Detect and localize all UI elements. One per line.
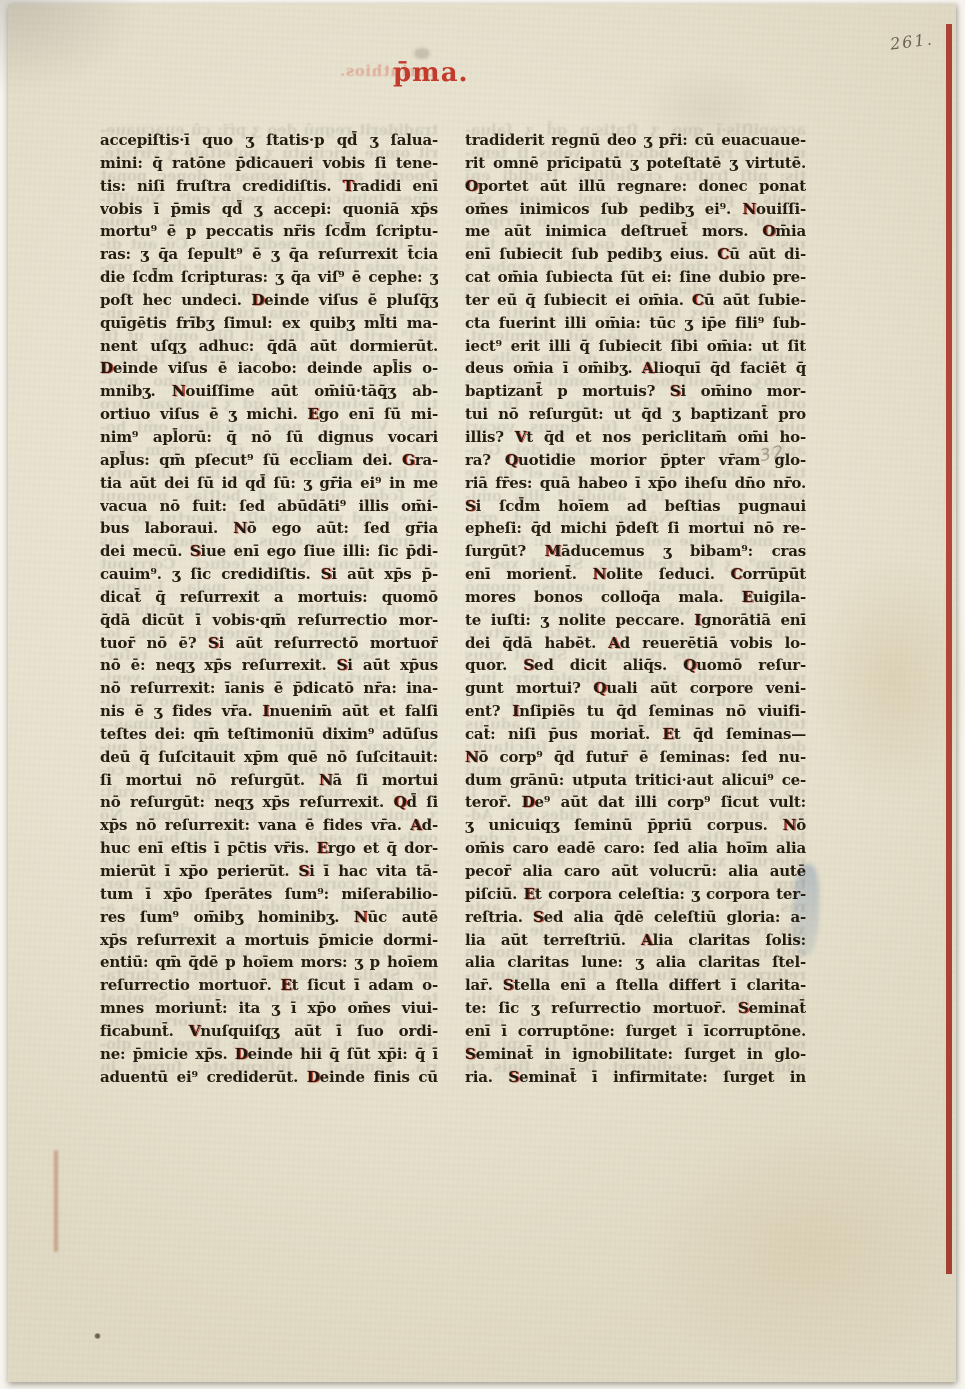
rubricated-initial: C <box>692 291 704 309</box>
rubricated-initial: E <box>280 976 291 994</box>
text-line: epheſi: q̄d michi p̄deſt ſi mortui nō re… <box>465 517 806 540</box>
text-line: nō reſurgūt: neqʒ xp̄s reſurrexit. Qd̄ ſ… <box>100 791 438 814</box>
rubricated-initial: M <box>545 542 561 560</box>
text-line: ne: p̄micie xp̄s. Deinde hii q̄ ſūt xp̄i… <box>100 1043 438 1066</box>
text-line: te: ſic ʒ reſurrectio mortuor̄. Seminat̄ <box>465 997 806 1020</box>
text-line: nō ē: neqʒ xp̄s reſurrexit. Si aūt xp̄us <box>100 654 438 677</box>
text-line: aduentū ei⁹ crediderūt. Deinde finis cū <box>100 1066 438 1089</box>
text-line: res ſum⁹ om̄ibʒ hominibʒ. Nūc autē <box>100 906 438 929</box>
text-line: ra? Quotidie morior p̄pter vr̄am glo- <box>465 449 806 472</box>
text-line: enī ī corruptōne: ſurget ī īcorruptōne. <box>465 1020 806 1043</box>
rubricated-initial: Q <box>593 679 606 697</box>
text-line: xp̄s reſurrexit a mortuis p̄micie dormi- <box>100 929 438 952</box>
rubricated-initial: S <box>508 1068 519 1086</box>
text-line: accepiſtis·ī quo ʒ ſtatis·p qd̄ ʒ ſalua- <box>100 129 438 152</box>
rubricated-initial: V <box>189 1022 200 1040</box>
text-line: lar̄. Stella enī a ſtella differt ī clar… <box>465 974 806 997</box>
rubricated-initial: E <box>308 405 319 423</box>
rubricated-initial: A <box>642 359 653 377</box>
text-line: tis: niſi fruſtra credidiſtis. Tradidi e… <box>100 175 438 198</box>
rubricated-initial: S <box>533 908 544 926</box>
rubricated-initial: S <box>523 656 534 674</box>
text-line: ortiuo viſus ē ʒ michi. Ego enī ſū mi- <box>100 403 438 426</box>
text-line: apl̄us: qm̄ pſecut⁹ ſū eccl̄iam dei. Gra… <box>100 449 438 472</box>
text-line: om̄es inimicos ſub pedibʒ ei⁹. Nouiſſi- <box>465 198 806 221</box>
text-line: enī ſubiecit ſub pedibʒ eius. Cū aūt di- <box>465 243 806 266</box>
rubricated-initial: O <box>762 222 775 240</box>
text-line: baptizant̄ p mortuis? Si om̄ino mor- <box>465 380 806 403</box>
rubricated-initial: D <box>100 359 113 377</box>
ink-speck <box>94 1333 101 1339</box>
text-line: ent? Inſipiēs tu q̄d ſeminas nō viuifi- <box>465 700 806 723</box>
text-line: vacua nō fuit: ſed abūdāti⁹ illis om̄i- <box>100 495 438 518</box>
text-line: ʒ unicuiqʒ ſeminū p̄priū corpus. Nō <box>465 814 806 837</box>
text-line: enī morient̄. Nolite ſeduci. Corrūpūt <box>465 563 806 586</box>
text-line: riā fr̄es: quā habeo ī xp̄o iheſu dn̄o n… <box>465 472 806 495</box>
rubricated-initial: S <box>190 542 201 560</box>
text-line: nim⁹ apl̄orū: q̄ nō ſū dignus vocari <box>100 426 438 449</box>
text-line: q̄dā dicūt ī vobis·qm̄ reſurrectio mor- <box>100 609 438 632</box>
text-line: reſurrectio mortuor̄. Et ſicut ī adam o- <box>100 974 438 997</box>
rubricated-initial: S <box>503 976 514 994</box>
corner-shading <box>0 0 148 94</box>
text-line: ras: ʒ q̄a ſepult⁹ ē ʒ q̄a reſurrexit t̄… <box>100 243 438 266</box>
text-line: nō reſurrexit: īanis ē p̄dicatō nr̄a: in… <box>100 677 438 700</box>
red-streak <box>54 1150 58 1252</box>
rubricated-initial: Q <box>394 793 407 811</box>
text-line: deus om̄ia ī om̄ibʒ. Alioquī q̄d faciēt … <box>465 357 806 380</box>
text-line: mores bonos colloq̄a mala. Euigila- <box>465 586 806 609</box>
text-line: lia aūt terreſtriū. Alia claritas ſolis: <box>465 929 806 952</box>
text-line: dum grānū: utputa tritici·aut alicui⁹ ce… <box>465 769 806 792</box>
rubricated-initial: N <box>593 565 607 583</box>
text-line: me aūt inimica deſtruet̄ mors. Om̄ia <box>465 220 806 243</box>
text-line: mnibʒ. Nouiſſime aūt om̄iū·tāq̄ʒ ab- <box>100 380 438 403</box>
rubricated-initial: S <box>465 1045 476 1063</box>
text-line: illis? Vt q̄d et nos periclitam̄ om̄i ho… <box>465 426 806 449</box>
rubricated-initial: A <box>641 931 652 949</box>
text-line: mortu⁹ ē p peccatis nr̄is ſcd̄m ſcriptu- <box>100 220 438 243</box>
rubricated-initial: S <box>299 862 310 880</box>
rubricated-initial: E <box>317 839 328 857</box>
rubricated-initial: N <box>172 382 186 400</box>
text-line: reſtria. Sed alia q̄dē celeſtiū gloria: … <box>465 906 806 929</box>
rubricated-initial: N <box>233 519 247 537</box>
rubricated-initial: E <box>663 725 674 743</box>
text-line: nis ē ʒ fides vr̄a. Inuenim̄ aūt et falſ… <box>100 700 438 723</box>
rubricated-initial: A <box>410 816 421 834</box>
text-line: quīgētis frībʒ ſimul: ex quibʒ ml̄ti ma- <box>100 312 438 335</box>
stain <box>808 554 965 804</box>
rubricated-initial: N <box>465 748 479 766</box>
text-line: te iuſti: ʒ nolite peccare. Ignorātiā en… <box>465 609 806 632</box>
text-line: poſt hec undeci. Deinde viſus ē pluſq̄ʒ <box>100 289 438 312</box>
text-line: Oportet aūt illū regnare: donec ponat <box>465 175 806 198</box>
text-line: mnes moriunt̄: ita ʒ ī xp̄o om̄es viui- <box>100 997 438 1020</box>
text-line: bus laboraui. Nō ego aūt: ſed gr̄ia <box>100 517 438 540</box>
rubricated-initial: S <box>321 565 332 583</box>
text-line: cauim⁹. ʒ ſic credidiſtis. Si aūt xp̄s p… <box>100 563 438 586</box>
text-line: iect⁹ erit illi q̄ ſubiecit ſibi om̄ia: … <box>465 335 806 358</box>
text-line: vobis ī p̄mis qd̄ ʒ accepi: quoniā xp̄s <box>100 198 438 221</box>
running-header: p̄ma. <box>393 58 469 88</box>
text-line: cat om̄ia ſubiecta ſūt ei: ſine dubio pr… <box>465 266 806 289</box>
rubricated-initial: S <box>465 497 476 515</box>
text-line: dicat̄ q̄ reſurrexit a mortuis: quomō <box>100 586 438 609</box>
rubricated-initial: I <box>263 702 270 720</box>
rubricated-initial: D <box>251 291 264 309</box>
text-line: deū q̄ ſuſcitauit xp̄m quē nō ſuſcitauit… <box>100 746 438 769</box>
rubricated-initial: N <box>354 908 368 926</box>
rubricated-initial: N <box>319 771 333 789</box>
text-column-left: accepiſtis·ī quo ʒ ſtatis·p qd̄ ʒ ſalua-… <box>100 129 438 1088</box>
rubricated-initial: T <box>343 177 353 195</box>
text-line: nent uſqʒ adhuc: q̄dā aūt dormierūt. <box>100 335 438 358</box>
text-column-right: tradiderit regnū deo ʒ pr̄i: cū euacuaue… <box>465 129 806 1088</box>
text-line: teror̄. De⁹ aūt dat illi corp⁹ ſicut vul… <box>465 791 806 814</box>
text-line: Seminat̄ in ignobilitate: ſurget in glo- <box>465 1043 806 1066</box>
folio-number: 261. <box>889 29 935 53</box>
text-line: quor. Sed dicit aliq̄s. Quomō reſur- <box>465 654 806 677</box>
rubricated-initial: C <box>731 565 743 583</box>
text-line: tum ī xp̄o ſperātes ſum⁹: miſerabilio- <box>100 883 438 906</box>
text-line: cat̄: niſi p̄us moriat̄. Et q̄d ſeminas— <box>465 723 806 746</box>
text-line: tradiderit regnū deo ʒ pr̄i: cū euacuaue… <box>465 129 806 152</box>
text-line: mierūt ī xp̄o perierūt. Si ī hac vita tā… <box>100 860 438 883</box>
text-line: dei mecū. Siue enī ego ſiue illi: ſic p̄… <box>100 540 438 563</box>
text-line: gunt mortui? Quali aūt corpore veni- <box>465 677 806 700</box>
text-line: Deinde viſus ē iacobo: deinde apl̄is o- <box>100 357 438 380</box>
text-line: tuor̄ nō ē? Si aūt reſurrectō mortuor̄ <box>100 632 438 655</box>
rubricated-initial: D <box>522 793 535 811</box>
text-line: cta fuerint illi om̄ia: tūc ʒ ip̄e fili⁹… <box>465 312 806 335</box>
text-line: ſi mortui nō reſurgūt. Nā ſi mortui <box>100 769 438 792</box>
manuscript-page: corinthios. p̄ma. 261. 32 tradiderit reg… <box>8 4 956 1382</box>
text-line: entiū: qm̄ q̄dē p hoīem mors: ʒ p hoīem <box>100 951 438 974</box>
rubricated-initial: N <box>783 816 797 834</box>
rubricated-initial: E <box>524 885 535 903</box>
rubricated-initial: G <box>402 451 415 469</box>
text-line: ter eū q̄ ſubiecit ei om̄ia. Cū aūt ſubi… <box>465 289 806 312</box>
rubricated-initial: S <box>670 382 681 400</box>
rubricated-initial: Q <box>505 451 518 469</box>
rubricated-initial: V <box>515 428 526 446</box>
rubricated-initial: I <box>694 611 701 629</box>
rubricated-initial: S <box>337 656 348 674</box>
rubricated-initial: D <box>235 1045 248 1063</box>
text-line: dei q̄dā habēt. Ad reuerētiā vobis lo- <box>465 632 806 655</box>
text-line: Nō corp⁹ q̄d futur̄ ē ſeminas: ſed nu- <box>465 746 806 769</box>
text-line: alia claritas lune: ʒ alia claritas ſtel… <box>465 951 806 974</box>
text-line: die ſcd̄m ſcripturas: ʒ q̄a viſ⁹ ē cephe… <box>100 266 438 289</box>
text-line: tia aūt dei ſū id qd̄ ſū: ʒ gr̄ia ei⁹ in… <box>100 472 438 495</box>
text-line: pecor̄ alia caro aūt volucrū: alia autē <box>465 860 806 883</box>
rubricated-initial: A <box>608 634 619 652</box>
text-line: tui nō reſurgūt: ut q̄d ʒ baptizant̄ pro <box>465 403 806 426</box>
rubricated-initial: O <box>465 177 478 195</box>
text-line: ria. Seminat̄ ī infirmitate: ſurget in <box>465 1066 806 1089</box>
rubricated-initial: D <box>307 1068 320 1086</box>
text-line: ſurgūt? Māducemus ʒ bibam⁹: cras <box>465 540 806 563</box>
rubricated-initial: C <box>717 245 729 263</box>
stain <box>638 1114 965 1384</box>
text-line: xp̄s nō reſurrexit: vana ē fides vr̄a. A… <box>100 814 438 837</box>
text-line: rit omnē prīcipatū ʒ poteſtatē ʒ virtutē… <box>465 152 806 175</box>
rubricated-initial: S <box>208 634 219 652</box>
text-line: ficabunt̄. Vnuſquiſqʒ aūt ī ſuo ordi- <box>100 1020 438 1043</box>
text-line: Si ſcd̄m hoīem ad beſtias pugnaui <box>465 495 806 518</box>
text-line: mini: q̄ ratōne p̄dicaueri vobis ſi tene… <box>100 152 438 175</box>
rubricated-initial: S <box>738 999 749 1017</box>
text-line: huc enī eſtis ī pc̄tis vr̄is. Ergo et q̄… <box>100 837 438 860</box>
text-line: teſtes dei: qm̄ teſtimoniū dixim⁹ adūſus <box>100 723 438 746</box>
rubricated-initial: I <box>512 702 519 720</box>
fore-edge-red-line <box>946 24 952 1274</box>
rubricated-initial: N <box>742 200 756 218</box>
text-line: piſciū. Et corpora celeſtia: ʒ corpora t… <box>465 883 806 906</box>
rubricated-initial: E <box>742 588 753 606</box>
text-line: om̄is caro eadē caro: ſed alia hoīm alia <box>465 837 806 860</box>
rubricated-initial: Q <box>683 656 696 674</box>
